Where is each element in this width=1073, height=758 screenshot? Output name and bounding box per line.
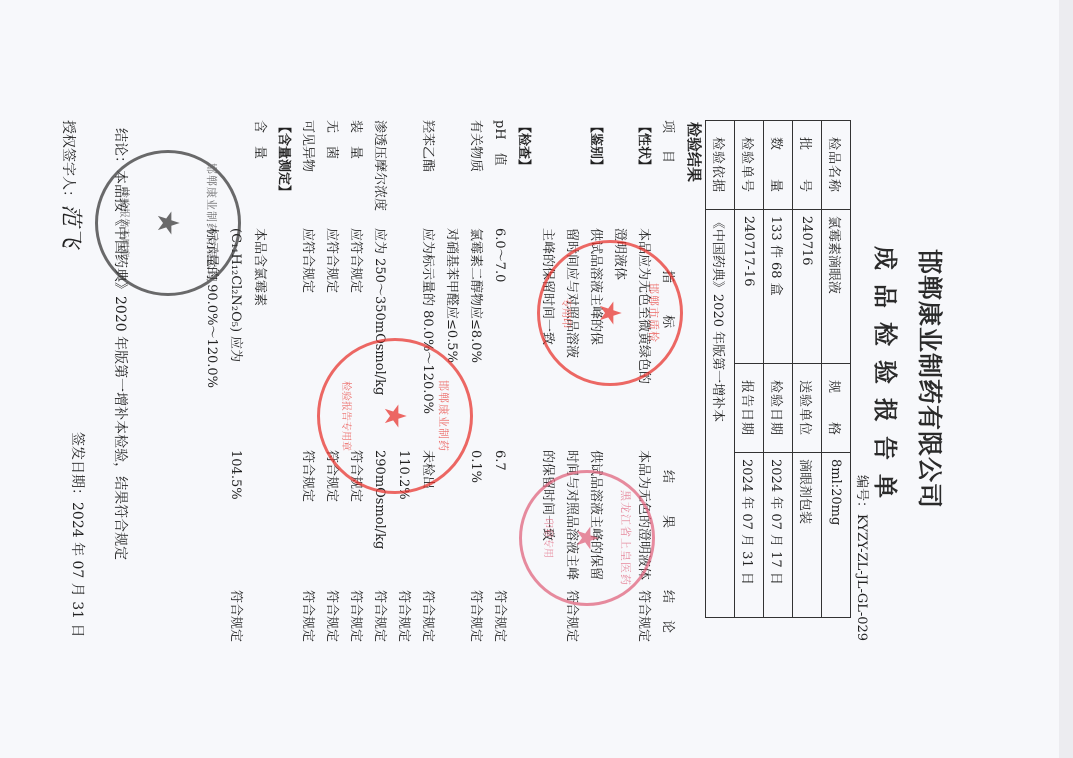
result-spec: 6.0～7.0 bbox=[487, 228, 511, 282]
result-row: 可见异物应符合规定符合规定符合规定 bbox=[295, 120, 319, 660]
result-item: 【检查】 bbox=[511, 120, 535, 172]
result-result: 未检出 bbox=[415, 450, 439, 489]
result-spec: 应符合规定 bbox=[343, 228, 367, 293]
results-title: 检验结果 bbox=[684, 122, 705, 182]
result-spec: 应为标示量的 80.0%～120.0% bbox=[415, 228, 439, 414]
result-spec: 氯霉素二醇物应≤8.0% bbox=[463, 228, 487, 363]
result-row: 标示量的 90.0%～120.0% bbox=[199, 120, 223, 660]
result-item: 羟苯乙酯 bbox=[415, 120, 439, 172]
result-row: 对硝基苯甲醛应≤0.5% bbox=[439, 120, 463, 660]
result-item: pH 值 bbox=[487, 120, 511, 166]
result-row: pH 值6.0～7.06.7符合规定 bbox=[487, 120, 511, 660]
info-row: 检验单号 240717-16 报告日期 2024 年 07 月 31 日 bbox=[735, 121, 764, 618]
result-item: 无 菌 bbox=[319, 120, 343, 159]
result-row: 【鉴别】供试品溶液主峰的保供试品溶液主峰的保留 bbox=[583, 120, 607, 660]
result-spec: 本品含氯霉素 bbox=[247, 228, 271, 306]
result-conclusion: 符合规定 bbox=[415, 590, 439, 642]
col-spec: 指 标 bbox=[655, 270, 679, 330]
result-row: 含 量本品含氯霉素 bbox=[247, 120, 271, 660]
result-row: 110.2%符合规定 bbox=[391, 120, 415, 660]
report-title: 成品检验报告单 bbox=[870, 0, 905, 758]
result-row: 羟苯乙酯应为标示量的 80.0%～120.0%未检出符合规定 bbox=[415, 120, 439, 660]
info-row: 检验依据 《中国药典》2020 年版第一增补本 bbox=[706, 121, 735, 618]
col-item: 项 目 bbox=[655, 120, 679, 165]
result-spec: 应符合规定 bbox=[319, 228, 343, 293]
conclusion-text: 结论：本品按《中国药典》2020 年版第一增补本检验，结果符合规定 bbox=[111, 128, 131, 560]
result-item: 装 量 bbox=[343, 120, 367, 159]
result-item: 可见异物 bbox=[295, 120, 319, 172]
basis-value: 《中国药典》2020 年版第一增补本 bbox=[706, 209, 735, 617]
result-item: 含 量 bbox=[247, 120, 271, 159]
col-result: 结 果 bbox=[655, 470, 679, 530]
result-spec: 供试品溶液主峰的保 bbox=[583, 228, 607, 345]
inspection-no-value: 240717-16 bbox=[735, 209, 764, 363]
result-row: 【检查】 bbox=[511, 120, 535, 660]
result-conclusion: 符合规定 bbox=[631, 590, 655, 642]
result-conclusion: 符合规定 bbox=[223, 590, 247, 642]
company-name: 邯郸康业制药有限公司 bbox=[913, 0, 949, 758]
quantity-value: 133 件 68 盒 bbox=[764, 209, 793, 363]
result-spec: 本品应为无色至微黄绿色的 bbox=[631, 228, 655, 384]
result-row: 主峰的保留时间一致的保留时间一致 bbox=[535, 120, 559, 660]
result-result: 符合规定 bbox=[295, 450, 319, 502]
product-name-value: 氯霉素滴眼液 bbox=[822, 209, 851, 363]
result-item: 【含量测定】 bbox=[271, 120, 295, 198]
result-row: 装 量应符合规定符合规定符合规定 bbox=[343, 120, 367, 660]
results-header: 项 目 指 标 结 果 结 论 bbox=[655, 120, 679, 660]
result-spec: 主峰的保留时间一致 bbox=[535, 228, 559, 345]
result-row: 无 菌应符合规定符合规定符合规定 bbox=[319, 120, 343, 660]
result-result: 供试品溶液主峰的保留 bbox=[583, 450, 607, 580]
result-result: 的保留时间一致 bbox=[535, 450, 559, 541]
info-row: 批 号 240716 送验单位 滴眼剂包装 bbox=[793, 121, 822, 618]
result-conclusion: 符合规定 bbox=[463, 590, 487, 642]
result-result: 6.7 bbox=[487, 450, 511, 471]
issue-date: 签发日期：2024 年 07 月 31 日 bbox=[68, 432, 88, 638]
report-date-value: 2024 年 07 月 31 日 bbox=[735, 453, 764, 618]
result-result: 110.2% bbox=[391, 450, 415, 500]
result-item: 渗透压摩尔浓度 bbox=[367, 120, 391, 211]
result-row: 【含量测定】 bbox=[271, 120, 295, 660]
inspection-report-page: 邯郸康业制药有限公司 成品检验报告单 编号：KYZY-ZL-JL-GL-029 … bbox=[0, 0, 1073, 758]
submitter-value: 滴眼剂包装 bbox=[793, 453, 822, 618]
result-result: 符合规定 bbox=[343, 450, 367, 502]
signature: 范飞 bbox=[58, 204, 83, 248]
result-spec: 应为 250～350mOsmol/kg bbox=[367, 228, 391, 395]
spec-value: 8ml:20mg bbox=[822, 453, 851, 618]
result-result: 符合规定 bbox=[319, 450, 343, 502]
result-row: 留时间应与对照品溶液时间与对照品溶液主峰符合规定 bbox=[559, 120, 583, 660]
result-spec: 留时间应与对照品溶液 bbox=[559, 228, 583, 358]
doc-number-value: KYZY-ZL-JL-GL-029 bbox=[854, 514, 869, 641]
result-result: 0.1% bbox=[463, 450, 487, 483]
result-row: 【性状】本品应为无色至微黄绿色的本品为无色的澄明液体符合规定 bbox=[631, 120, 655, 660]
result-conclusion: 符合规定 bbox=[343, 590, 367, 642]
authorized-signer: 授权签字人：范飞 bbox=[57, 120, 88, 248]
inspection-date-label: 检验日期 bbox=[764, 364, 793, 453]
result-spec: 应符合规定 bbox=[295, 228, 319, 293]
result-result: 290mOsmol/kg bbox=[367, 450, 391, 549]
signer-label: 授权签字人： bbox=[60, 120, 76, 204]
result-spec: 标示量的 90.0%～120.0% bbox=[199, 228, 223, 388]
spec-label: 规 格 bbox=[822, 364, 851, 453]
result-row: 渗透压摩尔浓度应为 250～350mOsmol/kg290mOsmol/kg符合… bbox=[367, 120, 391, 660]
inspection-date-value: 2024 年 07 月 17 日 bbox=[764, 453, 793, 618]
info-row: 检品名称 氯霉素滴眼液 规 格 8ml:20mg bbox=[822, 121, 851, 618]
product-name-label: 检品名称 bbox=[822, 121, 851, 210]
results-list: 项 目 指 标 结 果 结 论 【性状】本品应为无色至微黄绿色的本品为无色的澄明… bbox=[199, 120, 679, 660]
result-row: 澄明液体 bbox=[607, 120, 631, 660]
result-result: 104.5% bbox=[223, 450, 247, 500]
basis-label: 检验依据 bbox=[706, 121, 735, 210]
inspection-no-label: 检验单号 bbox=[735, 121, 764, 210]
result-item: 【性状】 bbox=[631, 120, 655, 172]
result-row: (C₁₁H₁₂Cl₂N₂O₅) 应为104.5%符合规定 bbox=[223, 120, 247, 660]
document-number: 编号：KYZY-ZL-JL-GL-029 bbox=[854, 475, 873, 641]
info-row: 数 量 133 件 68 盒 检验日期 2024 年 07 月 17 日 bbox=[764, 121, 793, 618]
result-item: 有关物质 bbox=[463, 120, 487, 172]
result-conclusion: 符合规定 bbox=[391, 590, 415, 642]
col-conclusion: 结 论 bbox=[655, 590, 679, 635]
result-spec: 澄明液体 bbox=[607, 228, 631, 280]
quantity-label: 数 量 bbox=[764, 121, 793, 210]
result-conclusion: 符合规定 bbox=[487, 590, 511, 642]
result-row: 有关物质氯霉素二醇物应≤8.0%0.1%符合规定 bbox=[463, 120, 487, 660]
batch-label: 批 号 bbox=[793, 121, 822, 210]
result-result: 时间与对照品溶液主峰 bbox=[559, 450, 583, 580]
result-conclusion: 符合规定 bbox=[319, 590, 343, 642]
result-conclusion: 符合规定 bbox=[295, 590, 319, 642]
doc-number-label: 编号： bbox=[854, 475, 869, 514]
report-date-label: 报告日期 bbox=[735, 364, 764, 453]
result-result: 本品为无色的澄明液体 bbox=[631, 450, 655, 580]
product-info-table: 检品名称 氯霉素滴眼液 规 格 8ml:20mg 批 号 240716 送验单位… bbox=[705, 120, 851, 618]
result-conclusion: 符合规定 bbox=[559, 590, 583, 642]
result-spec: 对硝基苯甲醛应≤0.5% bbox=[439, 228, 463, 363]
result-conclusion: 符合规定 bbox=[367, 590, 391, 642]
result-spec: (C₁₁H₁₂Cl₂N₂O₅) 应为 bbox=[223, 228, 247, 362]
batch-value: 240716 bbox=[793, 209, 822, 363]
result-item: 【鉴别】 bbox=[583, 120, 607, 172]
submitter-label: 送验单位 bbox=[793, 364, 822, 453]
